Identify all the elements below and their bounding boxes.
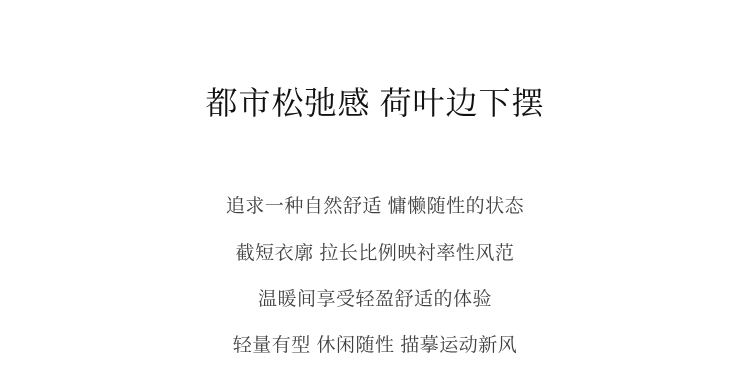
product-description-section: 都市松弛感 荷叶边下摆 追求一种自然舒适 慵懒随性的状态 截短衣廓 拉长比例映衬… — [0, 0, 750, 370]
description-line: 轻量有型 休闲随性 描摹运动新风 — [0, 336, 750, 357]
description-line: 温暖间享受轻盈舒适的体验 — [0, 290, 750, 311]
description-line: 截短衣廓 拉长比例映衬率性风范 — [0, 244, 750, 265]
product-headline: 都市松弛感 荷叶边下摆 — [0, 86, 750, 121]
description-line: 追求一种自然舒适 慵懒随性的状态 — [0, 197, 750, 218]
